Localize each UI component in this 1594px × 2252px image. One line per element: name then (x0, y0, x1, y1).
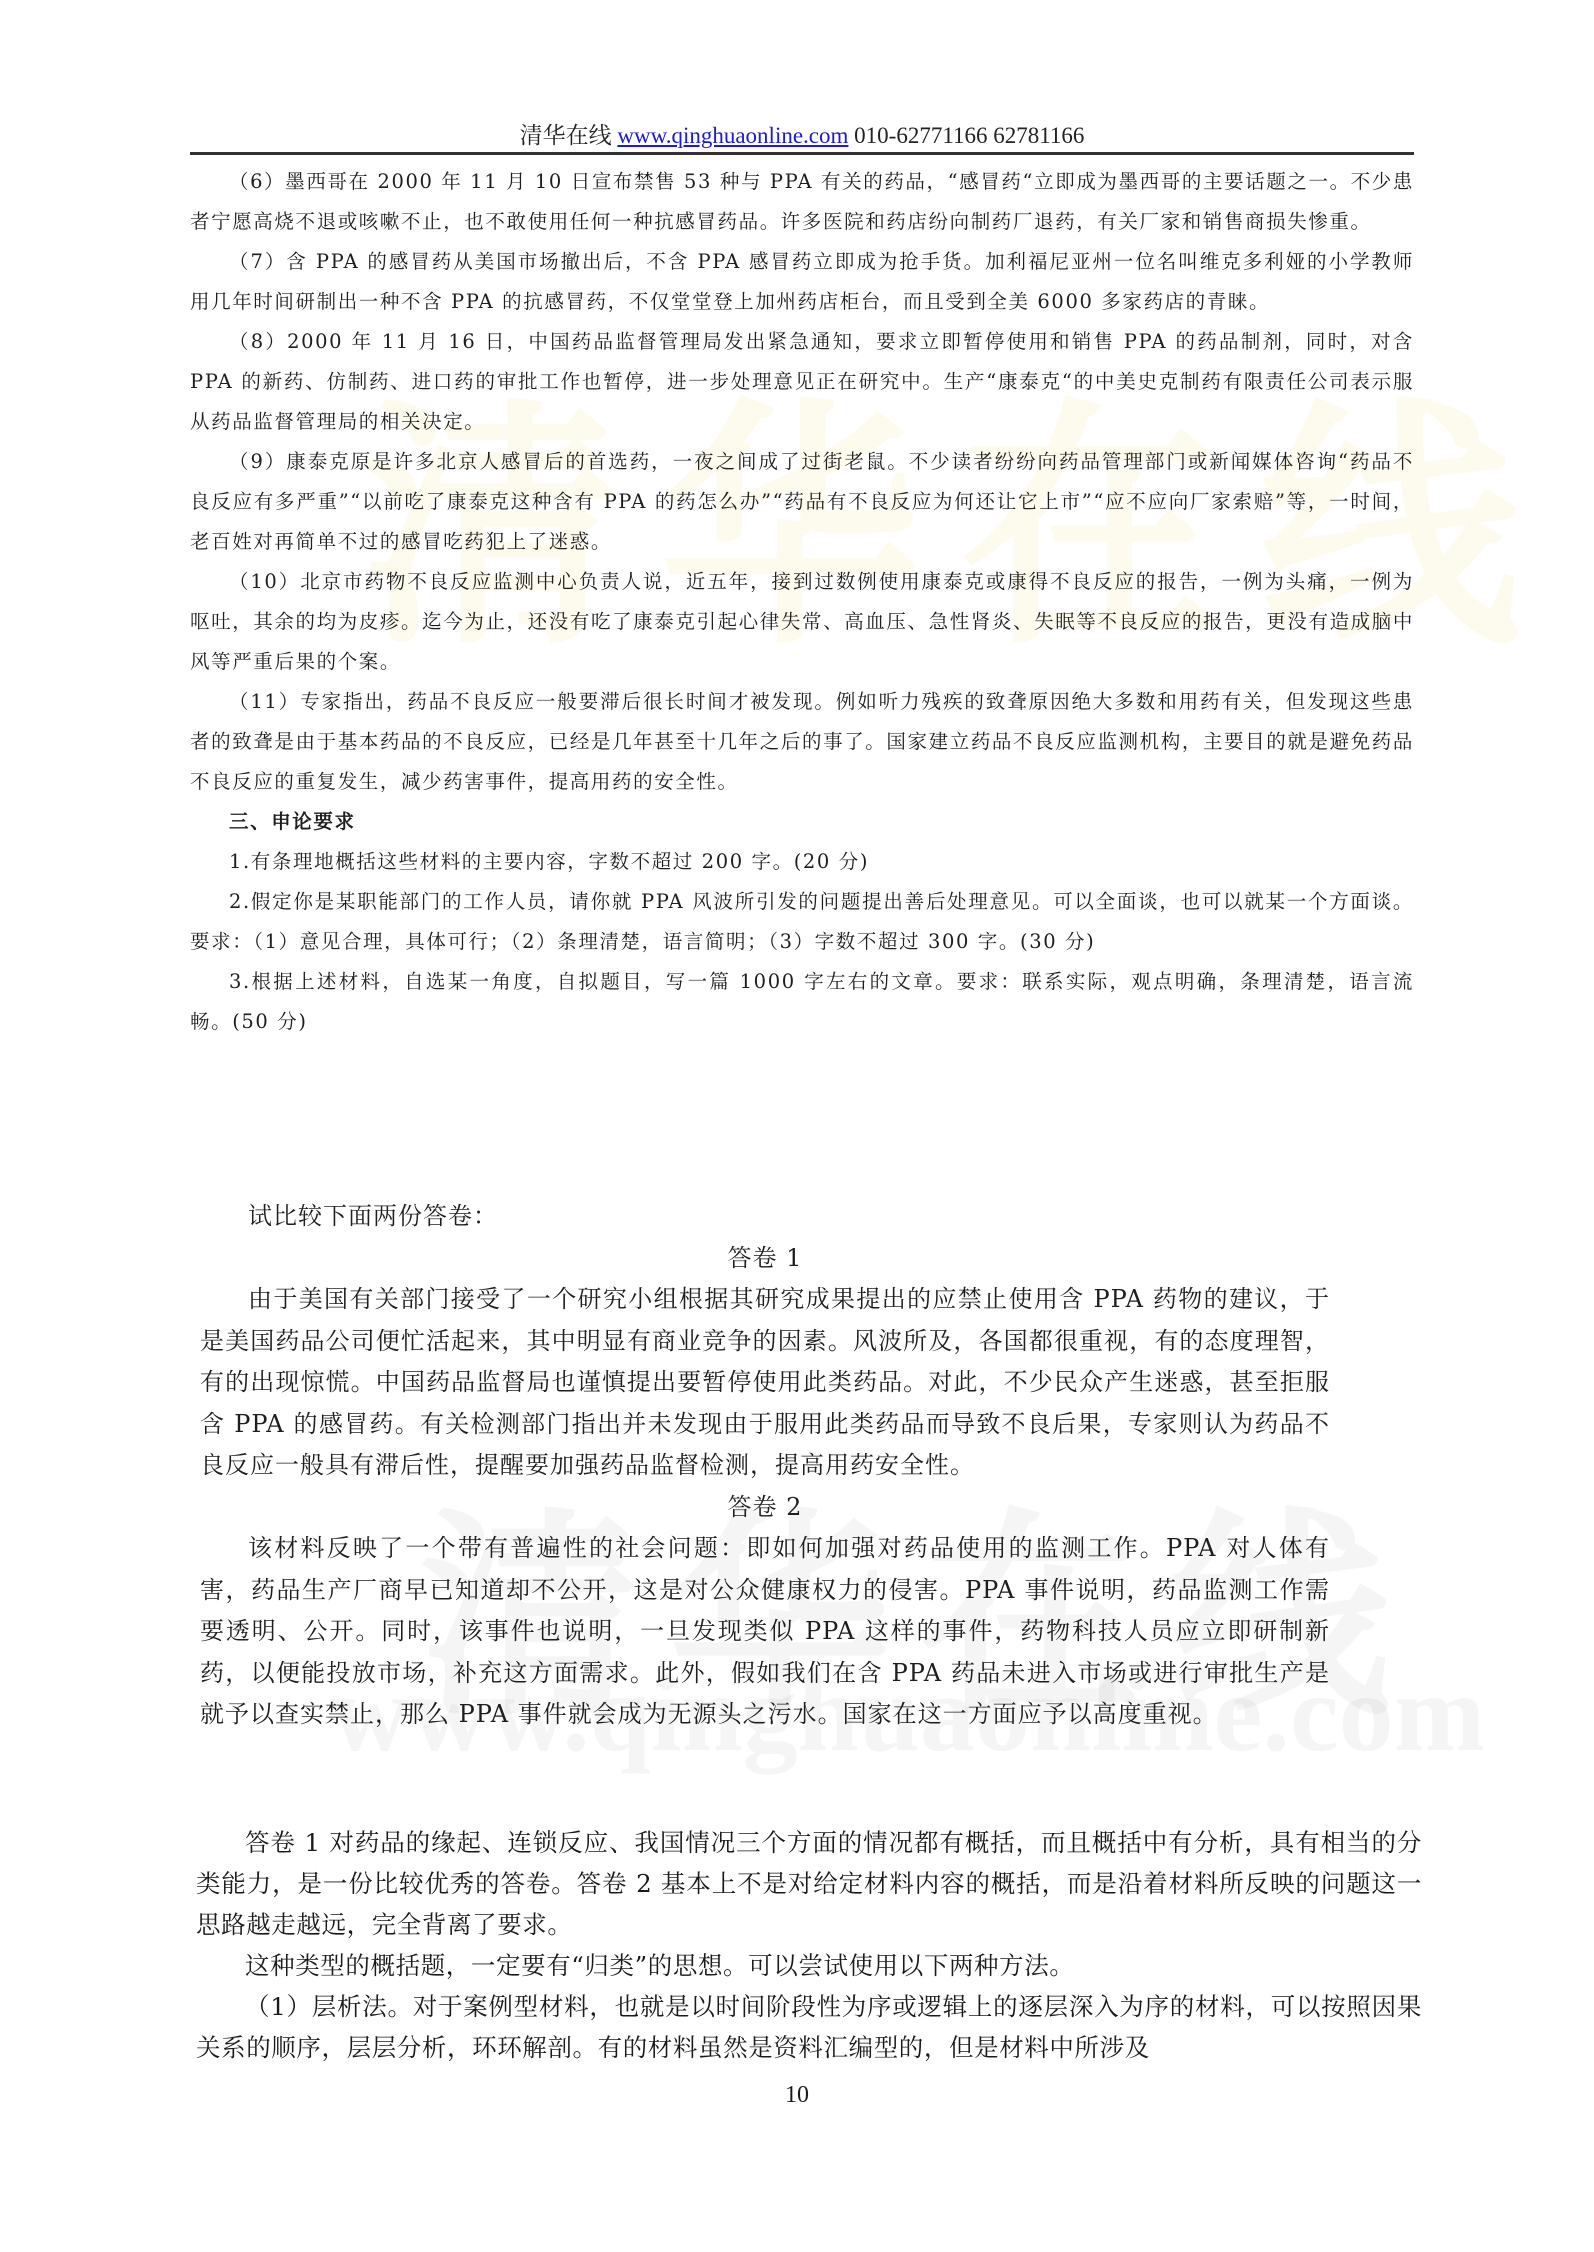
material-paragraph-6: （6）墨西哥在 2000 年 11 月 10 日宣布禁售 53 种与 PPA 有… (190, 162, 1414, 242)
requirement-item-1: 1.有条理地概括这些材料的主要内容，字数不超过 200 字。(20 分) (190, 842, 1414, 882)
header-url-link[interactable]: www.qinghuaonline.com (617, 123, 848, 148)
material-paragraph-7: （7）含 PPA 的感冒药从美国市场撤出后，不含 PPA 感冒药立即成为抢手货。… (190, 242, 1414, 322)
commentary-paragraph: （1）层析法。对于案例型材料，也就是以时间阶段性为序或逻辑上的逐层深入为序的材料… (196, 1986, 1422, 2068)
answer1-text: 由于美国有关部门接受了一个研究小组根据其研究成果提出的应禁止使用含 PPA 药物… (200, 1279, 1330, 1487)
requirement-item-3: 3.根据上述材料，自选某一角度，自拟题目，写一篇 1000 字左右的文章。要求：… (190, 962, 1414, 1042)
answer-comparison-section: 试比较下面两份答卷： 答卷 1 由于美国有关部门接受了一个研究小组根据其研究成果… (200, 1196, 1330, 1736)
material-paragraph-8: （8）2000 年 11 月 16 日，中国药品监督管理局发出紧急通知，要求立即… (190, 322, 1414, 442)
material-paragraph-9: （9）康泰克原是许多北京人感冒后的首选药，一夜之间成了过街老鼠。不少读者纷纷向药… (190, 442, 1414, 562)
materials-section: （6）墨西哥在 2000 年 11 月 10 日宣布禁售 53 种与 PPA 有… (190, 162, 1414, 1042)
commentary-paragraph: 答卷 1 对药品的缘起、连锁反应、我国情况三个方面的情况都有概括，而且概括中有分… (196, 1822, 1422, 1945)
header-brand: 清华在线 (520, 123, 612, 148)
comparison-intro: 试比较下面两份答卷： (200, 1196, 1330, 1238)
commentary-section: 答卷 1 对药品的缘起、连锁反应、我国情况三个方面的情况都有概括，而且概括中有分… (196, 1822, 1422, 2068)
header-divider (190, 152, 1414, 155)
answer1-title: 答卷 1 (200, 1238, 1330, 1280)
commentary-paragraph: 这种类型的概括题，一定要有“归类”的思想。可以尝试使用以下两种方法。 (196, 1945, 1422, 1986)
answer2-text: 该材料反映了一个带有普遍性的社会问题：即如何加强对药品使用的监测工作。PPA 对… (200, 1528, 1330, 1736)
material-paragraph-10: （10）北京市药物不良反应监测中心负责人说，近五年，接到过数例使用康泰克或康得不… (190, 562, 1414, 682)
requirement-item-2: 2.假定你是某职能部门的工作人员，请你就 PPA 风波所引发的问题提出善后处理意… (190, 882, 1414, 962)
material-paragraph-11: （11）专家指出，药品不良反应一般要滞后很长时间才被发现。例如听力残疾的致聋原因… (190, 682, 1414, 802)
answer2-title: 答卷 2 (200, 1487, 1330, 1529)
page-header: 清华在线 www.qinghuaonline.com 010-62771166 … (190, 122, 1414, 150)
page-number: 10 (0, 2082, 1594, 2109)
requirements-heading: 三、申论要求 (190, 802, 1414, 842)
header-phones: 010-62771166 62781166 (854, 123, 1084, 148)
